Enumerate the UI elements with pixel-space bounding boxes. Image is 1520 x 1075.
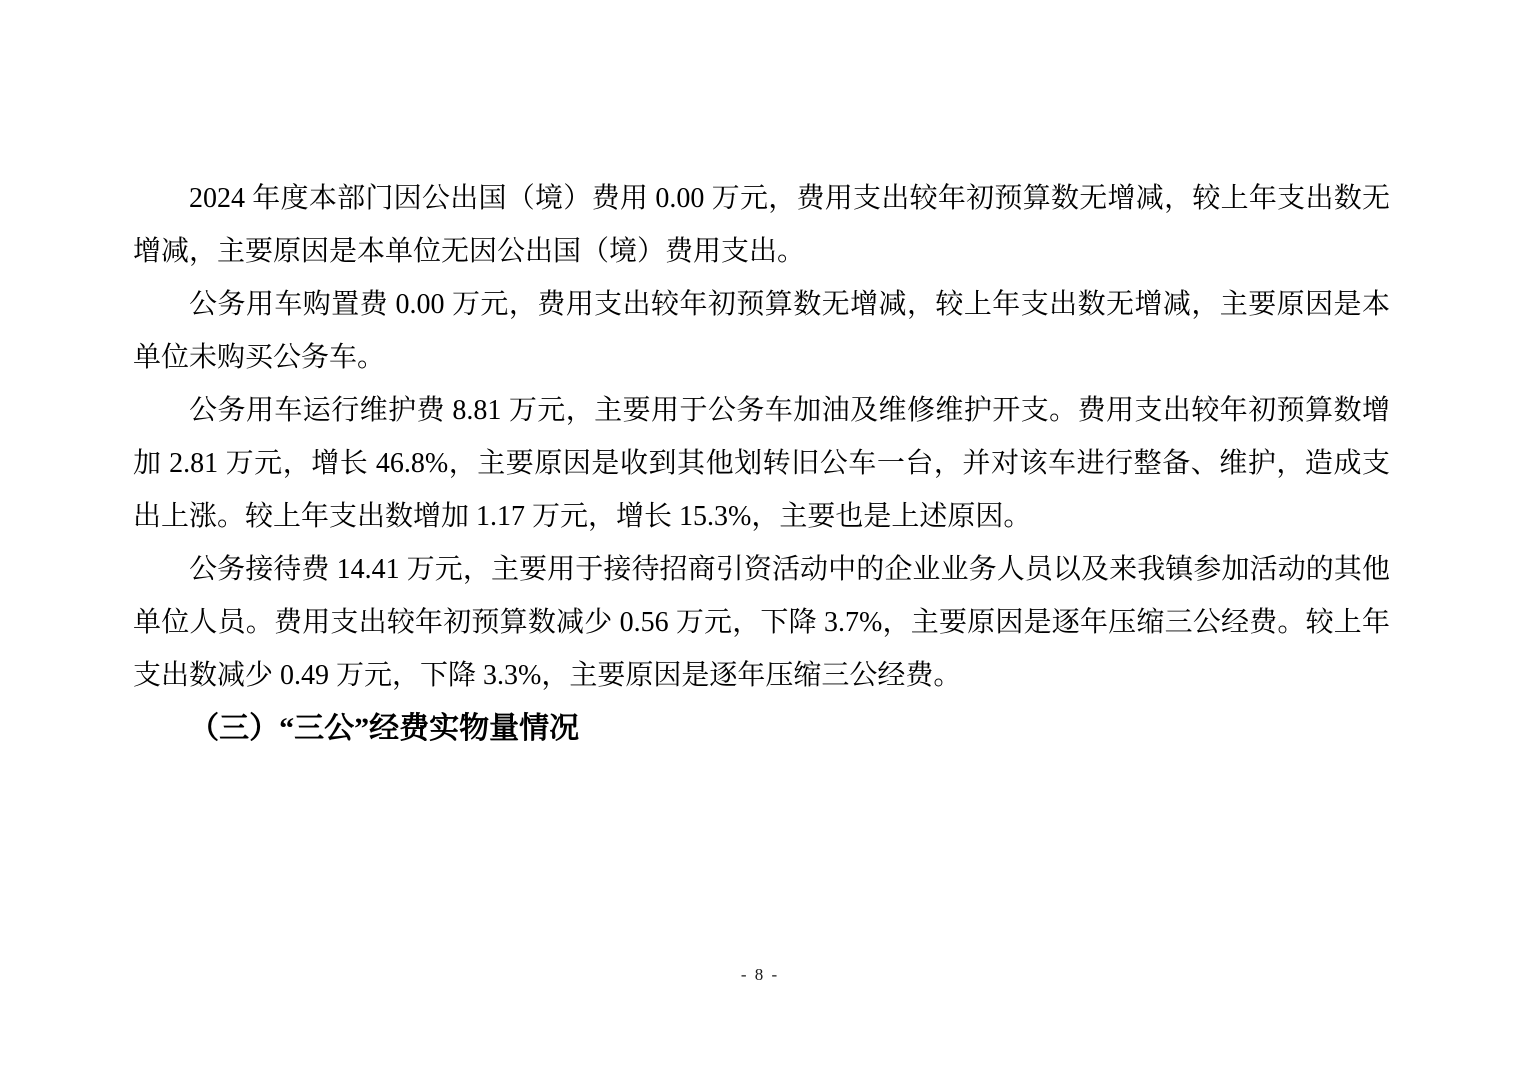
paragraph-vehicle-purchase-expense: 公务用车购置费 0.00 万元，费用支出较年初预算数无增减，较上年支出数无增减，… xyxy=(133,278,1390,384)
document-body: 2024 年度本部门因公出国（境）费用 0.00 万元，费用支出较年初预算数无增… xyxy=(133,172,1390,755)
page-number: - 8 - xyxy=(0,962,1520,988)
paragraph-vehicle-maintenance-expense: 公务用车运行维护费 8.81 万元，主要用于公务车加油及维修维护开支。费用支出较… xyxy=(133,384,1390,543)
paragraph-overseas-travel-expense: 2024 年度本部门因公出国（境）费用 0.00 万元，费用支出较年初预算数无增… xyxy=(133,172,1390,278)
paragraph-official-reception-expense: 公务接待费 14.41 万元，主要用于接待招商引资活动中的企业业务人员以及来我镇… xyxy=(133,543,1390,702)
section-heading: （三）“三公”经费实物量情况 xyxy=(133,702,1390,755)
document-page: 2024 年度本部门因公出国（境）费用 0.00 万元，费用支出较年初预算数无增… xyxy=(0,0,1520,1075)
